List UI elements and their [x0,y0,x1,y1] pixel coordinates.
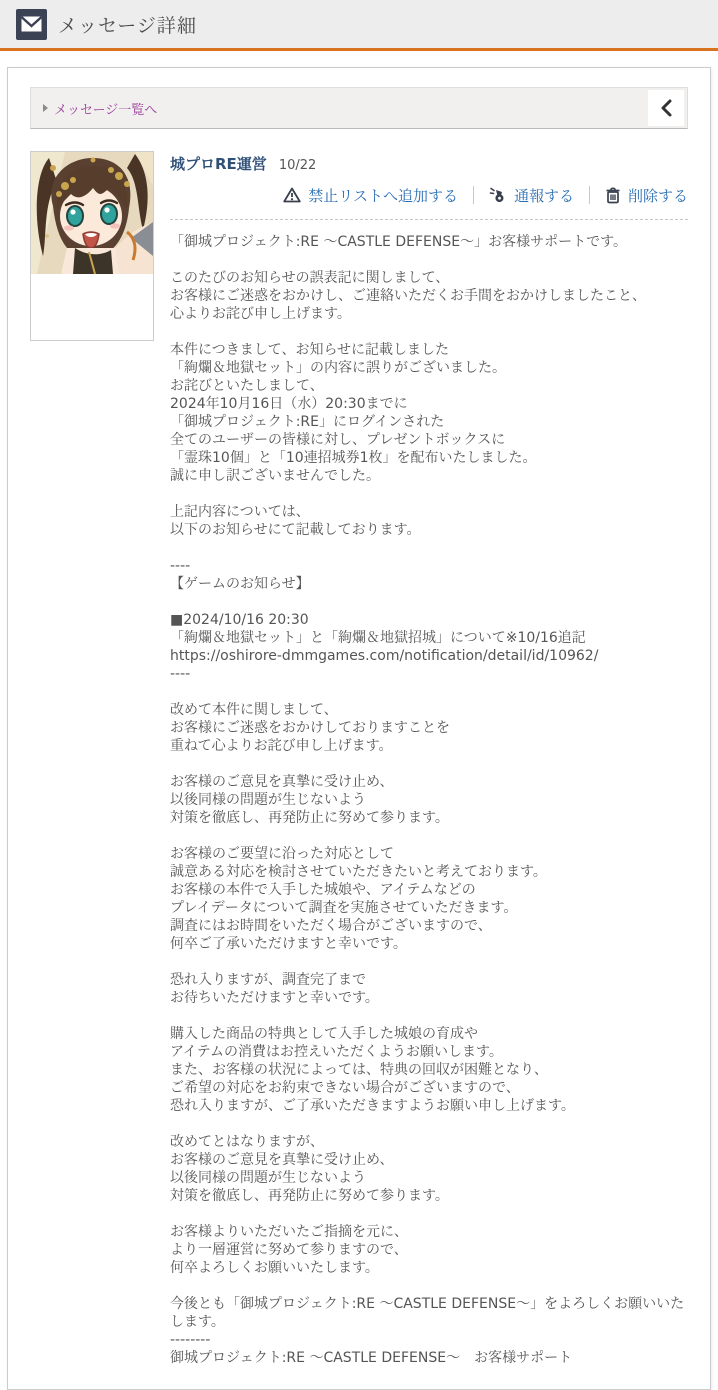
message-detail-card: メッセージ一覧へ [7,67,711,1390]
message-date: 10/22 [279,158,316,173]
envelope-icon [16,9,47,40]
whistle-icon [489,186,507,204]
back-chevron-icon [659,99,673,117]
message-body: 「御城プロジェクト:RE ～CASTLE DEFENSE～」お客様サポートです。… [170,233,688,1367]
message-toolbar: メッセージ一覧へ [30,87,688,129]
report-label: 通報する [514,185,574,206]
sender-avatar [30,151,154,341]
back-to-list-label: メッセージ一覧へ [54,99,157,118]
delete-link[interactable]: 削除する [605,185,688,206]
delete-label: 削除する [628,185,688,206]
message-section: 城プロRE運営 10/22 禁止リストへ追加する [30,151,688,1367]
arrow-right-icon [43,104,48,112]
message-content-column: 城プロRE運営 10/22 禁止リストへ追加する [170,151,688,1367]
message-actions: 禁止リストへ追加する 通報する [170,183,688,207]
sender-name: 城プロRE運営 [170,153,267,174]
add-to-ban-list-label: 禁止リストへ追加する [308,185,458,206]
divider [170,219,688,220]
page-title: メッセージ詳細 [58,11,197,38]
report-link[interactable]: 通報する [489,185,574,206]
warning-triangle-icon [283,187,301,203]
avatar-illustration [31,152,153,274]
sender-row: 城プロRE運営 10/22 [170,153,688,174]
back-button[interactable] [648,90,684,126]
action-separator [589,186,590,204]
page-header: メッセージ詳細 [0,0,718,51]
trash-icon [605,187,621,204]
add-to-ban-list-link[interactable]: 禁止リストへ追加する [283,185,458,206]
back-to-list-link[interactable]: メッセージ一覧へ [43,99,157,118]
action-separator [473,186,474,204]
